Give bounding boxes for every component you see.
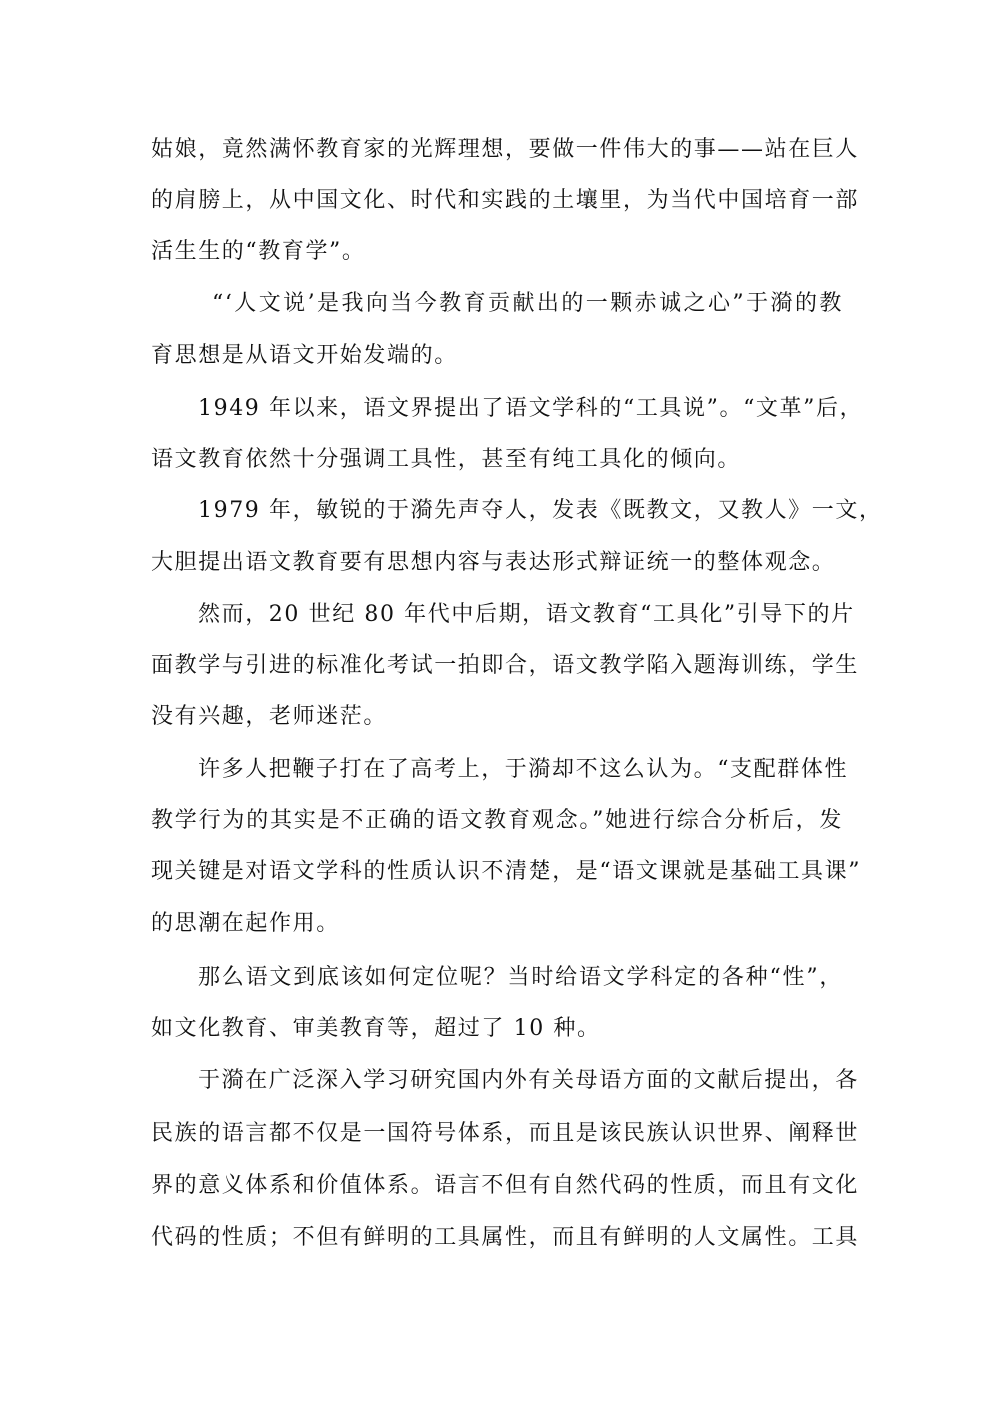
text-line: 活生生的“教育学”。 (151, 237, 843, 267)
text-line: 的思潮在起作用。 (151, 909, 843, 939)
text-line: 没有兴趣，老师迷茫。 (151, 702, 843, 732)
text-line: 界的意义体系和价值体系。语言不但有自然代码的性质，而且有文化 (151, 1171, 843, 1201)
text-line: 代码的性质；不但有鲜明的工具属性，而且有鲜明的人文属性。工具 (151, 1223, 843, 1253)
document-page: 姑娘，竟然满怀教育家的光辉理想，要做一件伟大的事——站在巨人 的肩膀上，从中国文… (0, 0, 992, 1403)
text-line: 育思想是从语文开始发端的。 (151, 341, 843, 371)
text-line: 教学行为的其实是不正确的语文教育观念。”她进行综合分析后，发 (151, 806, 843, 836)
text-line: 那么语文到底该如何定位呢？当时给语文学科定的各种“性”， (198, 963, 843, 993)
text-line: 如文化教育、审美教育等，超过了 10 种。 (151, 1014, 843, 1044)
text-line: “‘人文说’是我向当今教育贡献出的一颗赤诚之心”于漪的教 (212, 289, 843, 319)
text-line: 许多人把鞭子打在了高考上，于漪却不这么认为。“支配群体性 (198, 755, 843, 785)
text-line: 现关键是对语文学科的性质认识不清楚，是“语文课就是基础工具课” (151, 857, 843, 887)
text-line: 然而，20 世纪 80 年代中后期，语文教育“工具化”引导下的片 (198, 600, 843, 630)
text-line: 大胆提出语文教育要有思想内容与表达形式辩证统一的整体观念。 (151, 548, 843, 578)
text-line: 1949 年以来，语文界提出了语文学科的“工具说”。“文革”后， (198, 394, 843, 424)
text-line: 民族的语言都不仅是一国符号体系，而且是该民族认识世界、阐释世 (151, 1119, 843, 1149)
text-line: 1979 年，敏锐的于漪先声夺人，发表《既教文，又教人》一文， (198, 496, 843, 526)
text-line: 姑娘，竟然满怀教育家的光辉理想，要做一件伟大的事——站在巨人 (151, 135, 843, 165)
text-line: 于漪在广泛深入学习研究国内外有关母语方面的文献后提出，各 (198, 1066, 843, 1096)
text-line: 的肩膀上，从中国文化、时代和实践的土壤里，为当代中国培育一部 (151, 186, 843, 216)
text-line: 面教学与引进的标准化考试一拍即合，语文教学陷入题海训练，学生 (151, 651, 843, 681)
text-line: 语文教育依然十分强调工具性，甚至有纯工具化的倾向。 (151, 445, 843, 475)
